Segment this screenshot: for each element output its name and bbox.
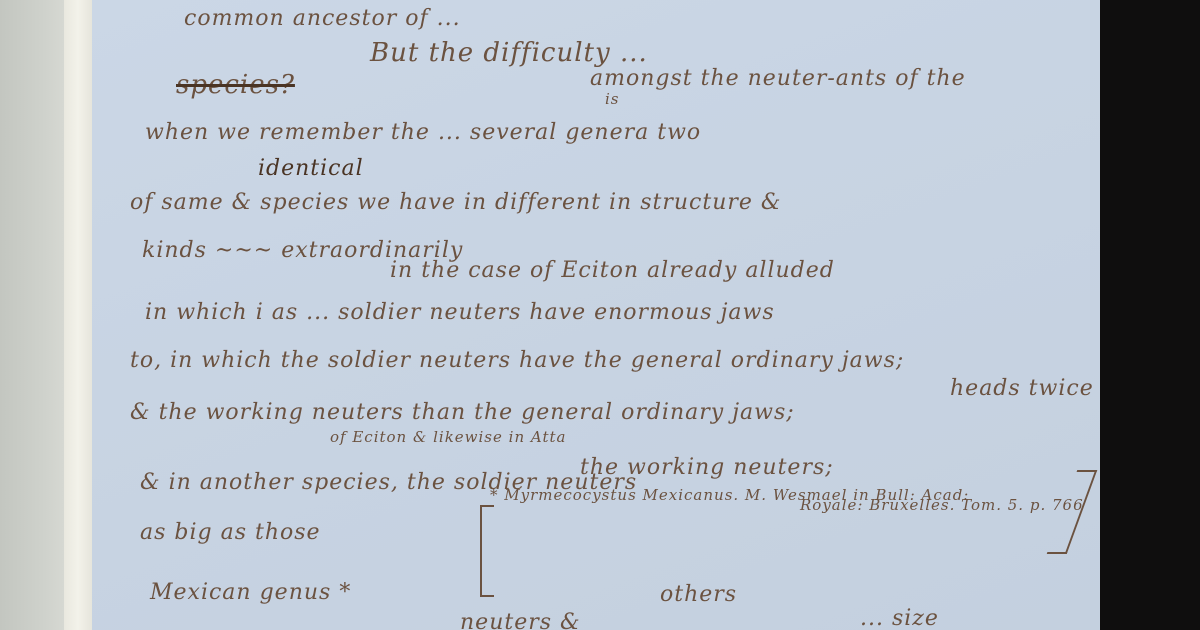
handwritten-line: neuters &: [460, 610, 581, 630]
handwritten-line: Mexican genus *: [150, 580, 351, 605]
handwritten-line: Royale: Bruxelles. Tom. 5. p. 766: [800, 496, 1084, 514]
handwritten-line: the working neuters;: [580, 455, 834, 480]
handwritten-line: of same & species we have in different i…: [130, 190, 781, 215]
handwritten-line: is: [605, 90, 620, 108]
handwritten-line: in the case of Eciton already alluded: [390, 258, 835, 283]
handwritten-line: amongst the neuter-ants of the: [590, 66, 966, 91]
handwritten-line: ... size: [860, 606, 939, 630]
black-mount-background: [1100, 0, 1200, 630]
handwritten-line: as big as those: [140, 520, 321, 545]
handwritten-line: in which i as ... soldier neuters have e…: [145, 300, 775, 325]
handwritten-line: common ancestor of ...: [184, 6, 461, 31]
handwritten-line: identical: [258, 156, 364, 181]
page-edge: [64, 0, 93, 630]
handwritten-line: & the working neuters than the general o…: [130, 400, 795, 425]
handwritten-line: heads twice: [950, 376, 1094, 401]
handwritten-line: But the difficulty ...: [370, 38, 648, 68]
footnote-bracket-left: [480, 505, 494, 597]
handwritten-line: when we remember the ... several genera …: [145, 120, 701, 145]
handwritten-line: species?: [176, 70, 295, 100]
handwritten-line: of Eciton & likewise in Atta: [330, 428, 566, 446]
handwritten-line: others: [660, 582, 737, 607]
handwritten-line: to, in which the soldier neuters have th…: [130, 348, 904, 373]
scan-background-left: [0, 0, 64, 630]
